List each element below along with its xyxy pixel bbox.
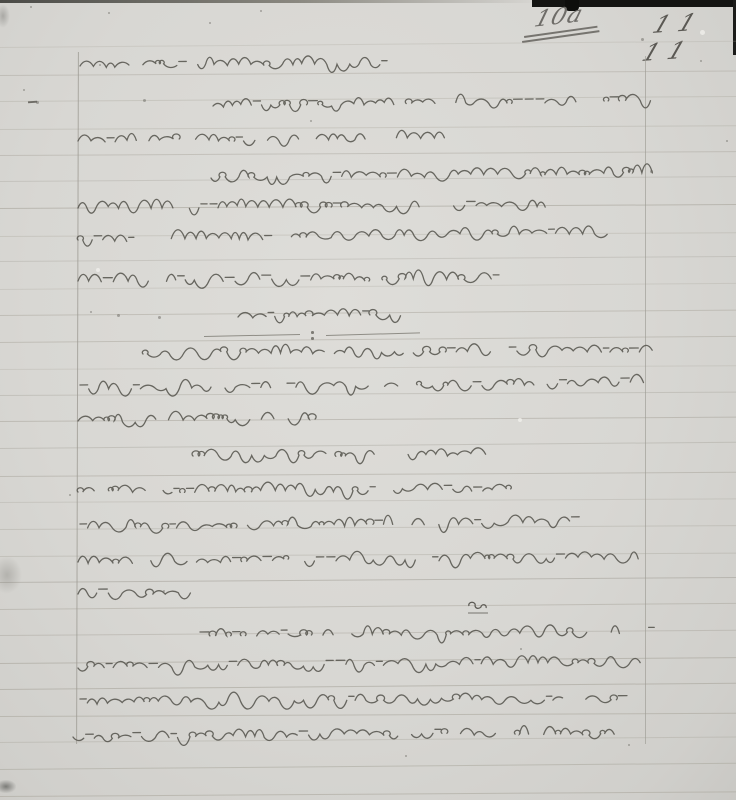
paper-speck [117, 314, 120, 317]
paper-bright-speck [700, 30, 705, 35]
paper-speck [108, 12, 110, 14]
paper-speck [650, 170, 653, 173]
heading-colon-dot-top [311, 331, 314, 334]
paper-speck [520, 648, 522, 650]
paper-speck [628, 744, 630, 746]
handwritten-line-text: உவமாணம் ஆக-கா. [78, 443, 79, 444]
handwriting-stroke [78, 212, 610, 262]
handwriting-stroke [78, 571, 190, 616]
paper-speck [405, 755, 407, 757]
handwritten-line: மொன்றுமேயென்க. இடம்:- இதயம் கண்டம் [78, 212, 610, 262]
paper-speck [726, 140, 728, 142]
ruled-line [0, 791, 736, 797]
paper-speck [310, 120, 312, 122]
paper-speck [30, 6, 32, 8]
handwriting-stroke [80, 42, 400, 88]
paper-speck [260, 10, 262, 12]
paper-speck [69, 494, 71, 496]
manuscript-page: 10a 11 11 எட்டறுதிற்பது-க ஆகவெ.சுழுத்திக… [0, 0, 736, 800]
scan-edge-strip-left [0, 0, 540, 3]
ruled-line [0, 763, 736, 770]
paper-speck [36, 101, 39, 104]
paper-speck [90, 311, 92, 313]
smudge-top-left [0, 4, 10, 28]
smudge-left-margin [0, 556, 22, 594]
paper-speck [23, 89, 25, 91]
paper-bright-speck [518, 418, 522, 422]
superscript-note: ஐ [466, 598, 492, 616]
paper-speck [641, 38, 644, 41]
handwritten-line: யோகக்காட்சியென்று எட்டுவகையாகவகுக்கும்; [73, 712, 625, 759]
paper-speck [143, 99, 146, 102]
paper-bright-speck [96, 268, 100, 272]
handwritten-line-text: எட்டறுதிற்பது-க ஆகவெ. [80, 88, 81, 89]
handwritten-line-text: மடங்கும். [78, 616, 79, 617]
paper-speck [163, 590, 165, 592]
handwritten-line: மடங்கும். [78, 571, 190, 616]
paper-speck [158, 316, 161, 319]
heading-colon-dot-bottom [311, 337, 314, 340]
handwritten-line-text: யோகக்காட்சியென்று எட்டுவகையாகவகுக்கும்; [73, 759, 74, 760]
superscript-ai-glyph [466, 598, 492, 616]
paper-speck [209, 22, 211, 24]
smudge-bottom-left [0, 780, 16, 793]
paper-speck [99, 64, 101, 66]
handwritten-line: எட்டறுதிற்பது-க ஆகவெ. [80, 42, 400, 88]
paper-speck [280, 350, 282, 352]
paper-speck [700, 60, 702, 62]
handwriting-stroke [73, 712, 625, 759]
page-number-folio: 11 11 [638, 5, 736, 67]
